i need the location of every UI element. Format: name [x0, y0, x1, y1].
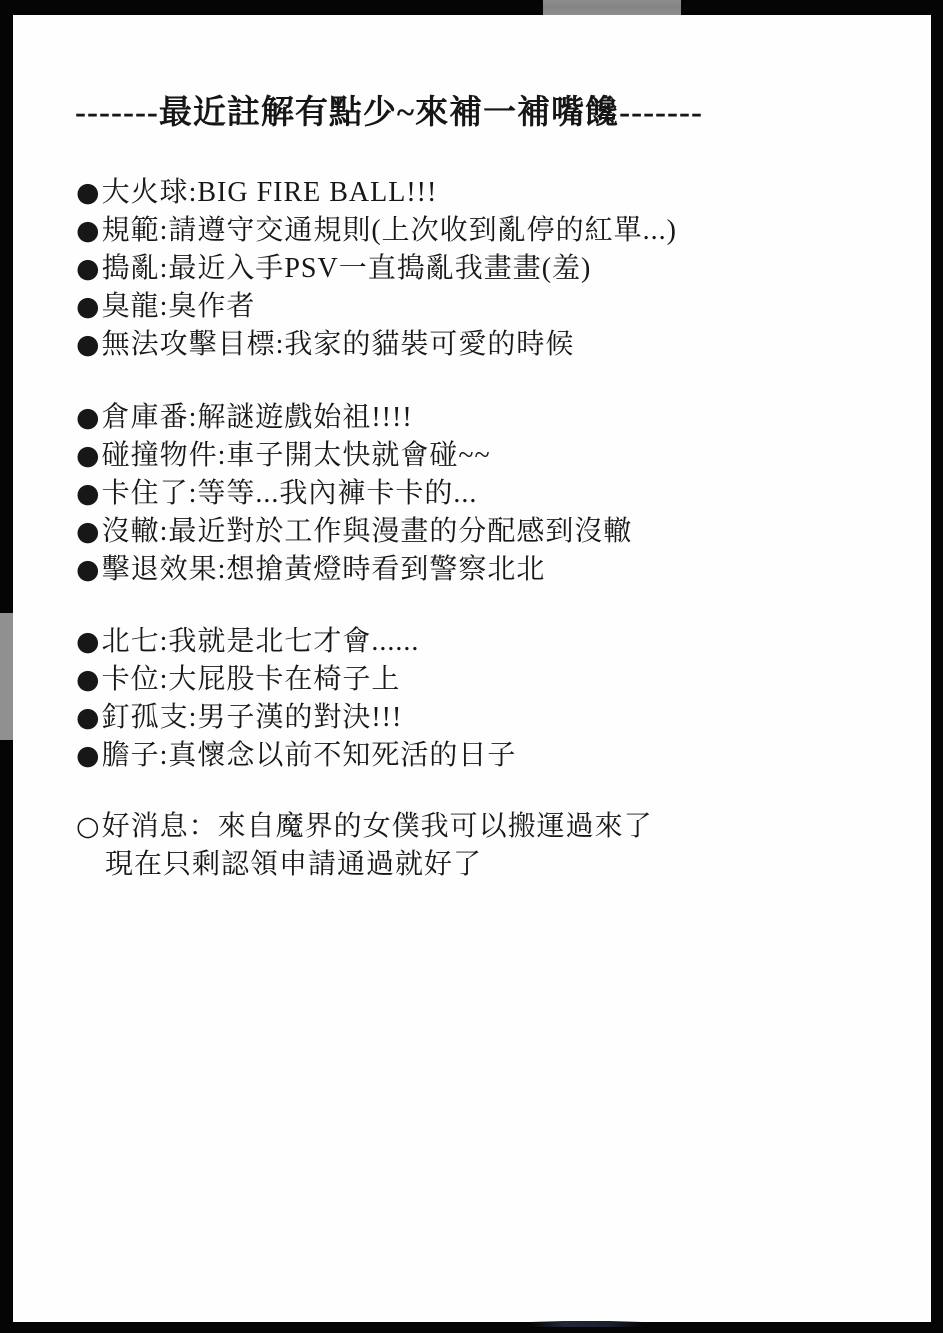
glossary-section-1: ●大火球:BIG FIRE BALL!!! ●規範:請遵守交通規則(上次收到亂停…: [76, 174, 896, 364]
solid-bullet-icon: ●: [76, 440, 101, 471]
glossary-section-2: ●倉庫番:解謎遊戲始祖!!!! ●碰撞物件:車子開太快就會碰~~ ●卡住了:等等…: [76, 399, 896, 589]
solid-bullet-icon: ●: [76, 215, 101, 246]
document-page: -------最近註解有點少~來補一補嘴饞------- ●大火球:BIG FI…: [13, 15, 931, 1322]
list-item-text: 北七:我就是北七才會......: [102, 626, 420, 657]
list-item: ●規範:請遵守交通規則(上次收到亂停的紅單...): [76, 212, 896, 250]
list-item-text: 卡位:大屁股卡在椅子上: [102, 664, 401, 695]
list-item: ●無法攻擊目標:我家的貓裝可愛的時候: [76, 326, 896, 364]
bottom-gray-scan-mark: [530, 1321, 643, 1327]
page-title: -------最近註解有點少~來補一補嘴饞-------: [75, 86, 875, 133]
solid-bullet-icon: ●: [76, 516, 101, 547]
solid-bullet-icon: ●: [76, 253, 101, 284]
list-item: ●臭龍:臭作者: [76, 288, 896, 326]
list-item-text: 膽子:真懷念以前不知死活的日子: [102, 740, 517, 771]
list-item-text: 釘孤支:男子漢的對決!!!: [102, 702, 403, 733]
list-item-text: 大火球:BIG FIRE BALL!!!: [102, 177, 438, 208]
list-item: ●卡住了:等等...我內褲卡卡的...: [76, 475, 896, 513]
list-item: ●膽子:真懷念以前不知死活的日子: [76, 737, 896, 775]
list-item-text: 卡住了:等等...我內褲卡卡的...: [102, 478, 478, 509]
list-item: ●擊退效果:想搶黃燈時看到警察北北: [76, 551, 896, 589]
list-item: ●卡位:大屁股卡在椅子上: [76, 661, 896, 699]
list-item-text: 現在只剩認領申請通過就好了: [105, 849, 482, 880]
solid-bullet-icon: ●: [76, 177, 101, 208]
list-item: ●大火球:BIG FIRE BALL!!!: [76, 174, 896, 212]
scan-frame: -------最近註解有點少~來補一補嘴饞------- ●大火球:BIG FI…: [0, 0, 943, 1333]
list-item: ●北七:我就是北七才會......: [76, 623, 896, 661]
list-item-text: 搗亂:最近入手PSV一直搗亂我畫畫(羞): [102, 253, 592, 284]
top-gray-scan-mark: [543, 0, 681, 15]
solid-bullet-icon: ●: [76, 402, 101, 433]
list-item-text: 臭龍:臭作者: [102, 291, 256, 322]
list-item: ●倉庫番:解謎遊戲始祖!!!!: [76, 399, 896, 437]
list-item-text: 規範:請遵守交通規則(上次收到亂停的紅單...): [102, 215, 677, 246]
solid-bullet-icon: ●: [76, 554, 101, 585]
list-item-text: 無法攻擊目標:我家的貓裝可愛的時候: [102, 329, 575, 360]
list-item: ●碰撞物件:車子開太快就會碰~~: [76, 437, 896, 475]
solid-bullet-icon: ●: [76, 626, 101, 657]
list-item-text: 好消息：來自魔界的女僕我可以搬運過來了: [102, 811, 653, 842]
list-item-text: 擊退效果:想搶黃燈時看到警察北北: [102, 554, 546, 585]
solid-bullet-icon: ●: [76, 478, 101, 509]
solid-bullet-icon: ●: [76, 702, 101, 733]
list-item: ●釘孤支:男子漢的對決!!!: [76, 699, 896, 737]
good-news-section: ○好消息：來自魔界的女僕我可以搬運過來了 現在只剩認領申請通過就好了: [76, 808, 896, 884]
list-item: ●搗亂:最近入手PSV一直搗亂我畫畫(羞): [76, 250, 896, 288]
solid-bullet-icon: ●: [76, 329, 101, 360]
list-item-text: 沒轍:最近對於工作與漫畫的分配感到沒轍: [102, 516, 633, 547]
glossary-section-3: ●北七:我就是北七才會...... ●卡位:大屁股卡在椅子上 ●釘孤支:男子漢的…: [76, 623, 896, 775]
solid-bullet-icon: ●: [76, 291, 101, 322]
hollow-bullet-icon: ○: [76, 811, 101, 842]
list-item-continuation: 現在只剩認領申請通過就好了: [76, 846, 896, 884]
list-item-text: 碰撞物件:車子開太快就會碰~~: [102, 440, 491, 471]
solid-bullet-icon: ●: [76, 740, 101, 771]
list-item: ●沒轍:最近對於工作與漫畫的分配感到沒轍: [76, 513, 896, 551]
list-item: ○好消息：來自魔界的女僕我可以搬運過來了: [76, 808, 896, 846]
left-gray-scan-mark: [0, 613, 13, 740]
list-item-text: 倉庫番:解謎遊戲始祖!!!!: [102, 402, 413, 433]
solid-bullet-icon: ●: [76, 664, 101, 695]
